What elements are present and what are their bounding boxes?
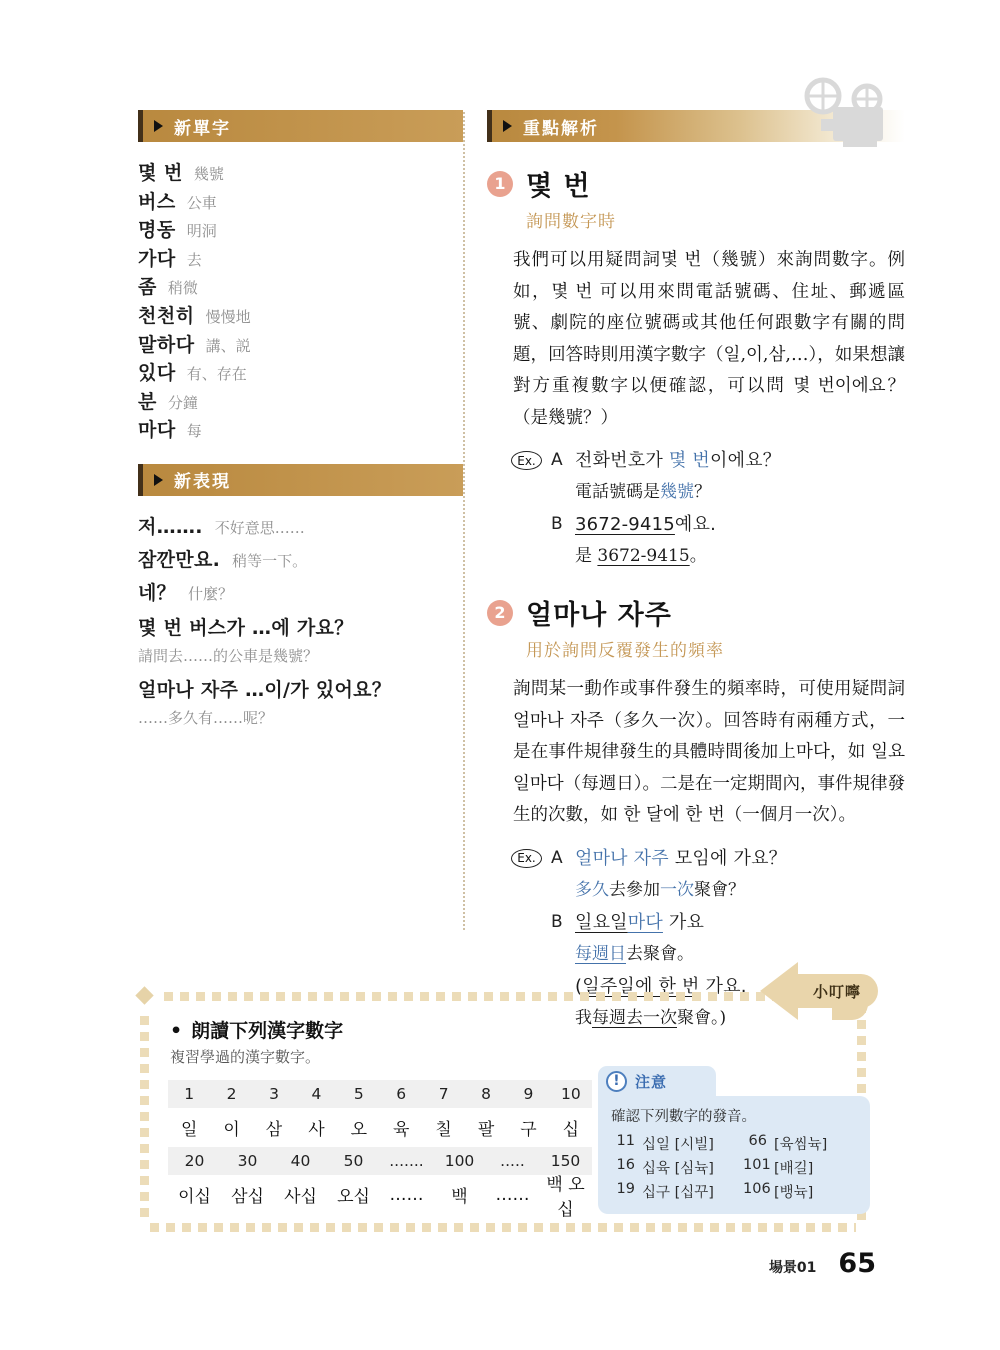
example-line: 3672-9415예요.: [575, 510, 905, 539]
triangle-icon: [154, 120, 163, 132]
vocab-korean: 마다: [138, 415, 176, 442]
expression-korean: 저…….: [138, 512, 203, 542]
tip-subheading: 複習學過的漢字數字。: [170, 1046, 320, 1067]
section-subtitle: 詢問數字時: [526, 207, 905, 232]
number-row-tens: 20304050.......100.....150: [168, 1147, 592, 1175]
expressions-header-title: 新表現: [174, 467, 231, 492]
expression-korean: 잠깐만요.: [138, 545, 220, 575]
section-heading: 1 몇 번: [487, 164, 905, 203]
dashed-border-top: [164, 992, 840, 1001]
example-badge: Ex.: [511, 451, 542, 470]
expression-item: 얼마나 자주 …이/가 있어요？……多久有……呢？: [138, 675, 463, 731]
vocab-item: 분分鐘: [138, 387, 463, 416]
expression-gloss: 什麼？: [188, 581, 233, 607]
vocab-item: 버스公車: [138, 187, 463, 216]
vocab-item: 가다去: [138, 244, 463, 273]
example-line: 일요일마다 가요: [575, 908, 905, 937]
vocab-gloss: 有、存在: [187, 363, 247, 384]
vocab-korean: 좀: [138, 272, 157, 299]
expression-korean: 얼마나 자주 …이/가 있어요？: [138, 675, 463, 705]
corner-diamond: [135, 986, 153, 1004]
analysis-section-1: 1 몇 번 詢問數字時 我們可以用疑問詞몇 번（幾號）來詢問數字。例如，몇 번 …: [487, 164, 905, 571]
vocab-korean: 천천히: [138, 301, 195, 328]
section-number-badge: 2: [487, 600, 513, 626]
number-table: 12345678910 일이삼사오육칠팔구십 20304050.......10…: [168, 1080, 592, 1214]
dashed-border-bottom: [150, 1223, 856, 1232]
note-title: 注意: [635, 1071, 667, 1092]
expression-item: 몇 번 버스가 …에 가요？請問去……的公車是幾號？: [138, 613, 463, 669]
vocab-list: 몇 번幾號 버스公車 명동明洞 가다去 좀稍微 천천히慢慢地 말하다講、説 있다…: [138, 158, 463, 444]
note-body: 確認下列數字的發音。 11십일 [시빌] 66[육씸뉵] 16십육 [심뉵] 1…: [598, 1096, 870, 1214]
section-title: 몇 번: [526, 164, 591, 203]
section-body: 詢問某一動作或事件發生的頻率時，可使用疑問詞얼마나 자주（多久一次）。回答時有兩…: [513, 674, 905, 832]
section-body: 我們可以用疑問詞몇 번（幾號）來詢問數字。例如，몇 번 可以用來問電話號碼、住址…: [513, 245, 905, 434]
number-row-1-10: 12345678910: [168, 1080, 592, 1108]
example-line: 電話號碼是幾號？: [575, 478, 905, 507]
right-column: 重點解析 1 몇 번 詢問數字時 我們可以用疑問詞몇 번（幾號）來詢問數字。例如…: [487, 110, 905, 1033]
note-row: 19십구 [십꾸] 106[뱅뉵]: [611, 1181, 857, 1202]
note-row: 11십일 [시빌] 66[육씸뉵]: [611, 1133, 857, 1154]
vocab-item: 말하다講、説: [138, 330, 463, 359]
vocab-korean: 버스: [138, 187, 176, 214]
arrow-left-icon: [760, 962, 798, 1020]
expressions-header-band: 新表現: [138, 464, 463, 496]
note-row: 16십육 [심뉵] 101[배길]: [611, 1157, 857, 1178]
bullet-icon: •: [170, 1020, 182, 1042]
expression-korean: 네？: [138, 578, 176, 608]
example-line: 多久去參加一次聚會？: [575, 876, 905, 905]
example-line: 전화번호가 몇 번이에요？: [575, 446, 905, 475]
expression-korean: 몇 번 버스가 …에 가요？: [138, 613, 463, 643]
example-line: 얼마나 자주 모임에 가요？: [575, 844, 905, 873]
tip-heading: • 朗讀下列漢字數字: [170, 1016, 343, 1043]
vocab-item: 천천히慢慢地: [138, 301, 463, 330]
vocab-item: 몇 번幾號: [138, 158, 463, 187]
left-column: 新單字 몇 번幾號 버스公車 명동明洞 가다去 좀稍微 천천히慢慢地 말하다講、…: [138, 110, 463, 737]
expression-gloss: 稍等一下。: [232, 548, 307, 574]
section-title: 얼마나 자주: [526, 593, 672, 632]
hangul-row-tens: 이십삼십사십오십……백……백 오십: [168, 1178, 592, 1211]
hangul-row-1-10: 일이삼사오육칠팔구십: [168, 1111, 592, 1144]
vocab-korean: 가다: [138, 244, 176, 271]
vocab-gloss: 慢慢地: [206, 306, 251, 327]
note-description: 確認下列數字的發音。: [611, 1105, 857, 1126]
vocab-gloss: 去: [187, 249, 202, 270]
tip-box: 小叮嚀 • 朗讀下列漢字數字 複習學過的漢字數字。 12345678910 일이…: [140, 992, 866, 1232]
speaker-label: A: [551, 446, 575, 475]
vocab-korean: 몇 번: [138, 158, 183, 185]
vocab-gloss: 公車: [187, 192, 217, 213]
analysis-header-title: 重點解析: [523, 114, 599, 139]
example-block: Ex. A 전화번호가 몇 번이에요？ 電話號碼是幾號？ B 3672-9415…: [511, 446, 905, 571]
expression-item: 잠깐만요.稍等一下。: [138, 545, 463, 578]
example-badge: Ex.: [511, 849, 542, 868]
expression-gloss: ……多久有……呢？: [138, 705, 463, 731]
expression-gloss: 不好意思……: [215, 515, 305, 541]
expression-item: 저…….不好意思……: [138, 512, 463, 545]
vocab-item: 있다有、存在: [138, 358, 463, 387]
expressions-list: 저…….不好意思…… 잠깐만요.稍等一下。 네？什麼？ 몇 번 버스가 …에 가…: [138, 512, 463, 731]
speaker-label: B: [551, 908, 575, 937]
note-box: ! 注意 確認下列數字的發音。 11십일 [시빌] 66[육씸뉵] 16십육 […: [598, 1066, 870, 1214]
page-footer: 場景01 65: [769, 1248, 876, 1279]
triangle-icon: [503, 120, 512, 132]
vocab-item: 명동明洞: [138, 215, 463, 244]
footer-page-number: 65: [838, 1248, 876, 1279]
vocab-item: 좀稍微: [138, 272, 463, 301]
dashed-border-left: [140, 1016, 149, 1220]
speaker-label: A: [551, 844, 575, 873]
vocab-korean: 분: [138, 387, 157, 414]
section-subtitle: 用於詢問反覆發生的頻率: [526, 636, 905, 661]
vocab-header-band: 新單字: [138, 110, 463, 142]
projector-icon: [793, 76, 897, 150]
tip-tag-arrow: 小叮嚀: [760, 962, 880, 1022]
tip-tag-label: 小叮嚀: [813, 981, 861, 1002]
expression-item: 네？什麼？: [138, 578, 463, 611]
vocab-gloss: 稍微: [168, 277, 198, 298]
alert-icon: !: [606, 1071, 627, 1092]
footer-scene-label: 場景01: [769, 1257, 816, 1277]
note-tab: ! 注意: [598, 1066, 716, 1096]
vocab-gloss: 每: [187, 420, 202, 441]
vocab-korean: 말하다: [138, 330, 195, 357]
column-divider: [463, 112, 465, 930]
section-heading: 2 얼마나 자주: [487, 593, 905, 632]
speaker-label: B: [551, 510, 575, 539]
expression-gloss: 請問去……的公車是幾號？: [138, 643, 463, 669]
vocab-gloss: 分鐘: [168, 392, 198, 413]
vocab-item: 마다每: [138, 415, 463, 444]
tip-heading-text: 朗讀下列漢字數字: [191, 1016, 343, 1043]
vocab-gloss: 明洞: [187, 220, 217, 241]
vocab-gloss: 幾號: [194, 163, 224, 184]
vocab-gloss: 講、説: [206, 335, 251, 356]
vocab-korean: 명동: [138, 215, 176, 242]
triangle-icon: [154, 474, 163, 486]
example-line: 是 3672-9415。: [575, 542, 905, 571]
section-number-badge: 1: [487, 171, 513, 197]
vocab-korean: 있다: [138, 358, 176, 385]
vocab-header-title: 新單字: [174, 114, 231, 139]
